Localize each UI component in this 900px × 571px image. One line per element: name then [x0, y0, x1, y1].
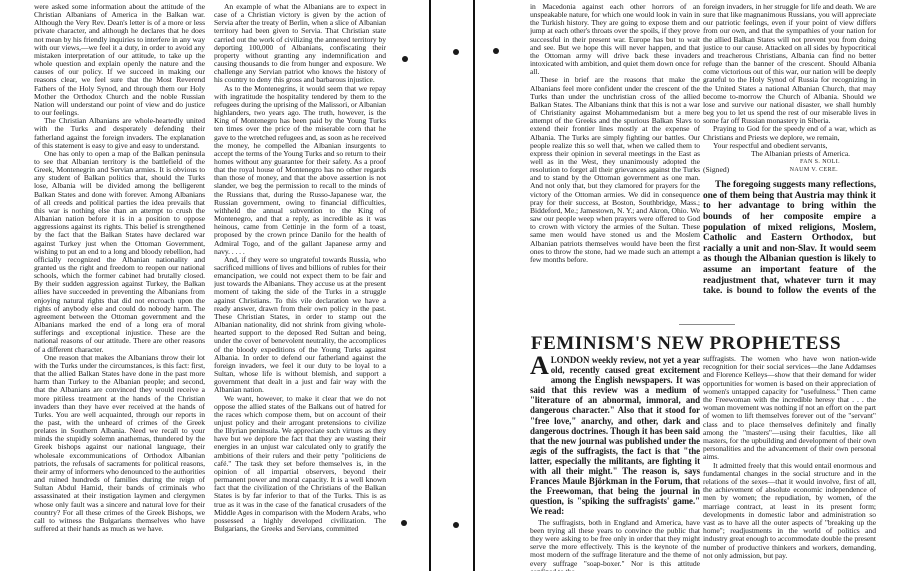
- letter-column-2: foreign invaders, in her struggle for li…: [703, 3, 876, 293]
- section-divider: [679, 324, 735, 325]
- signature-group: The Albanian priests of America.: [703, 150, 876, 158]
- paragraph: The foregoing suggests many reflections,…: [703, 180, 876, 293]
- paragraph: We want, however, to make it clear that …: [214, 395, 386, 534]
- article-column-1: ALONDON weekly review, not yet a year ol…: [530, 355, 700, 571]
- paragraph: Praying to God for the speedy end of a w…: [703, 125, 876, 141]
- binding-hole-icon: [402, 56, 408, 62]
- paragraph: One reason that makes the Albanians thro…: [34, 354, 205, 533]
- signed-label: (Signed): [703, 166, 729, 174]
- gutter-line-left: [429, 0, 431, 571]
- paragraph: And, if they were so ungrateful towards …: [214, 256, 386, 395]
- drop-cap: A: [530, 356, 549, 376]
- signature-block: Your respectful and obedient servants, T…: [703, 142, 876, 175]
- paragraph: foreign invaders, in her struggle for li…: [703, 3, 876, 125]
- block-quote: The suffragists, both in England and Ame…: [530, 519, 700, 571]
- paragraph: were asked some information about the at…: [34, 3, 205, 117]
- lead-text: LONDON weekly review, not yet a year old…: [530, 355, 700, 516]
- binding-hole-icon: [401, 520, 407, 526]
- signature-name: NAUM V. CERE.: [790, 166, 876, 174]
- block-quote: suffragists. The women who have won nati…: [703, 355, 876, 462]
- letter-column-1: in Macedonia against each other horrors …: [530, 3, 700, 265]
- paragraph: These in brief are the reasons that make…: [530, 76, 700, 264]
- binding-hole-icon: [453, 522, 459, 528]
- article-column-2: suffragists. The women who have won nati…: [703, 355, 876, 571]
- paragraph: in Macedonia against each other horrors …: [530, 3, 700, 76]
- signature-row: (Signed) NAUM V. CERE.: [703, 166, 876, 174]
- binding-hole-icon: [453, 49, 459, 55]
- left-page: were asked some information about the at…: [0, 0, 430, 571]
- paragraph: As to the Montenegrins, it would seem th…: [214, 85, 386, 256]
- paragraph: We did our best, Reverend Fathers, to ex…: [530, 264, 700, 265]
- article-headline: FEMINISM'S NEW PROPHETESS: [472, 333, 900, 355]
- paragraph: The Christian Albanians are whole-hearte…: [34, 117, 205, 150]
- editorial-commentary: The foregoing suggests many reflections,…: [703, 180, 876, 293]
- left-page-column-2: An example of what the Albanians are to …: [214, 3, 386, 571]
- paragraph: An example of what the Albanians are to …: [214, 3, 386, 85]
- lead-paragraph: ALONDON weekly review, not yet a year ol…: [530, 355, 700, 517]
- block-quote: It admitted freely that this would entai…: [703, 462, 876, 560]
- paragraph: One has only to open a map of the Balkan…: [34, 150, 205, 354]
- left-page-column-1: were asked some information about the at…: [34, 3, 205, 571]
- right-page: in Macedonia against each other horrors …: [472, 0, 900, 571]
